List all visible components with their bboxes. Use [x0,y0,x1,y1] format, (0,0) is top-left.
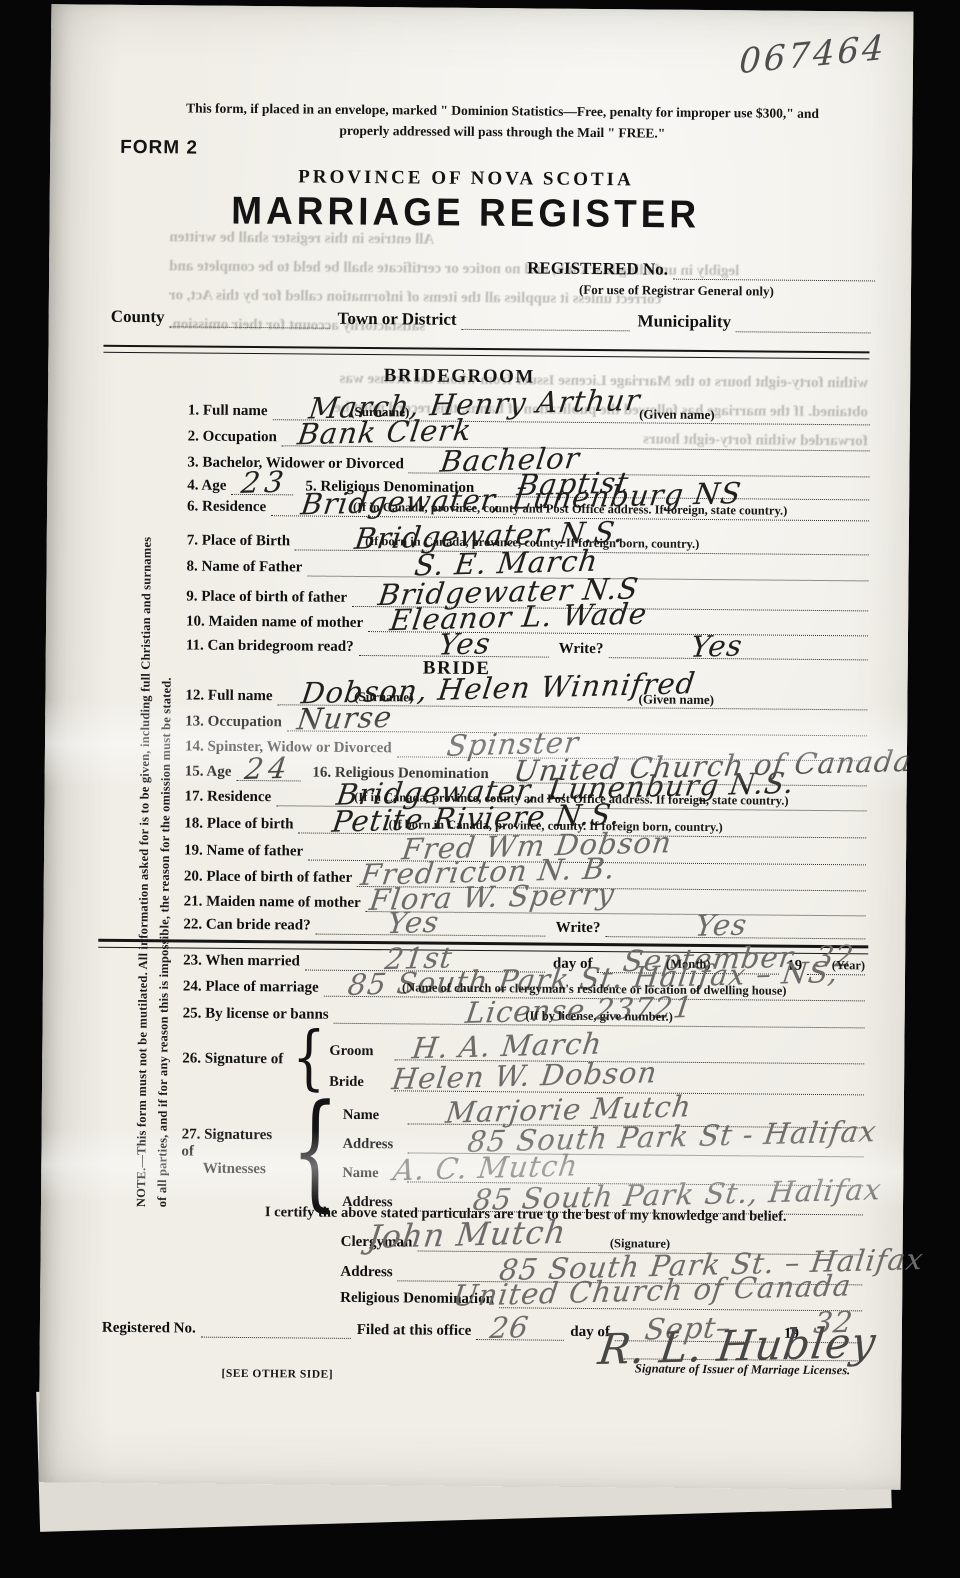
field-label: 18. Place of birth [184,815,293,833]
handwritten-filed-day: 26 [488,1310,531,1345]
filed-label: Filed at this office [357,1322,472,1340]
handwritten-age: 23 [239,465,290,500]
field-line: Bachelor [409,453,870,477]
field-groom-mother: 10. Maiden name of mother Eleanor L. Wad… [186,610,868,636]
field-label: 19. Name of father [184,842,303,860]
group-label-line2: Witnesses [181,1160,287,1178]
read-line: Yes [316,915,546,937]
scan-background: All entries in this register shall be wr… [0,0,960,1578]
field-label: 6. Residence [187,498,266,516]
group-label-line1: 27. Signatures of [181,1126,287,1161]
divider-rule-top [103,345,869,360]
witness-signatures-group: 27. Signatures of Witnesses { Name Marjo… [181,1093,864,1215]
issuer-signature-block: R. L. Hubley Signature of Issuer of Marr… [624,1339,862,1378]
field-bride-mother: 21. Maiden name of mother Flora W. Sperr… [184,890,866,916]
write-line: Yes [605,917,865,939]
handwritten-read: Yes [437,626,493,661]
bride-signature: Helen W. Dobson [390,1055,660,1096]
field-label: 12. Full name [185,687,272,705]
form-number-label: FORM 2 [120,137,198,160]
handwritten-age: 24 [242,751,293,786]
registered-no-label: REGISTERED No. [527,258,668,279]
denomination-line: United Church of Canada [499,1288,862,1311]
registered-no-line [673,260,875,282]
field-label: 21. Maiden name of mother [184,893,361,912]
municipality-label: Municipality [637,311,731,332]
county-label: County [111,307,165,327]
handwritten-write: Yes [688,628,744,663]
name-label: Name [343,1107,403,1125]
field-label: 7. Place of Birth [187,532,290,550]
penciled-registration-number: 067464 [739,28,888,83]
county-line [170,307,330,328]
field-label: 20. Place of birth of father [184,868,352,886]
filed-day-line: 26 [476,1320,564,1341]
field-label: 9. Place of birth of father [186,588,347,606]
field-clergyman-denomination: Religious Denomination United Church of … [340,1287,862,1312]
handwritten-write: Yes [693,907,749,942]
town-line [461,310,629,331]
field-label: 22. Can bride read? [183,916,310,934]
write-label: Write? [556,920,601,937]
field-label: 8. Name of Father [186,558,302,576]
witness-rows: Name Marjorie Mutch Address 85 South Par… [342,1095,864,1216]
field-label: 24. Place of marriage [183,978,319,996]
municipality-line [736,312,871,333]
document-page: All entries in this register shall be wr… [39,4,914,1489]
margin-note: NOTE.—This form must not be mutilated. A… [131,523,183,1207]
field-label: 1. Full name [188,402,268,420]
issuer-signature: R. L. Hubley [596,1318,880,1374]
page-title: MARRIAGE REGISTER [49,187,881,238]
groom-label: Groom [329,1043,389,1061]
field-label: 23. When married [183,952,300,970]
issuer-signature-line: R. L. Hubley [624,1339,862,1361]
field-label: 3. Bachelor, Widower or Divorced [187,454,404,473]
field-label: 17. Residence [184,788,271,806]
bride-signature-row: Bride Helen W. Dobson [329,1060,864,1096]
registered-label: Registered No. [102,1320,196,1338]
registered-no-block: REGISTERED No. (For use of Registrar Gen… [527,258,875,300]
field-label: 10. Maiden name of mother [186,613,363,632]
see-other-side-note: [SEE OTHER SIDE] [221,1368,333,1381]
brace-glyph: { [291,1102,339,1203]
handwritten-value: Nurse [295,700,394,737]
town-label: Town or District [338,309,457,330]
write-line: Yes [608,638,868,660]
handwritten-read: Yes [386,905,442,940]
address-label: Address [340,1264,392,1281]
couple-signatures-group: 26. Signature of { Groom H. A. March Bri… [182,1027,865,1095]
age-line: 24 [236,761,300,782]
field-license-or-banns: 25. By license or banns License 23721 (I… [183,1002,865,1028]
field-label: 13. Occupation [185,713,282,731]
registered-no-hint: (For use of Registrar General only) [579,282,875,301]
handwritten-value: Eleanor L. Wade [388,596,650,637]
given-name-hint: (Given name) [639,691,715,708]
field-label: 11. Can bridegroom read? [186,637,354,655]
field-label-age: 4. Age [187,477,226,494]
group-label: 26. Signature of [182,1050,288,1068]
field-label-age: 15. Age [185,763,232,780]
mail-notice: This form, if placed in an envelope, mar… [178,97,826,145]
age-line: 23 [231,475,293,496]
given-name-hint: (Given name) [639,406,715,423]
registered-line [201,1318,351,1339]
read-line: Yes [359,636,549,658]
field-hint: (If by license, give number.) [334,1007,865,1027]
field-line: License 23721 (If by license, give numbe… [334,1004,865,1029]
write-label: Write? [559,641,604,658]
field-bride-can-read-write: 22. Can bride read? Yes Write? Yes [183,913,865,939]
signature-rows: Groom H. A. March Bride Helen W. Dobson [329,1029,864,1096]
address-label: Address [343,1136,403,1154]
field-label: 2. Occupation [188,428,277,446]
field-bride-full-name: 12. Full name Dobson, Helen Winnifred (S… [185,684,867,710]
group-label: 27. Signatures of Witnesses [181,1126,287,1178]
